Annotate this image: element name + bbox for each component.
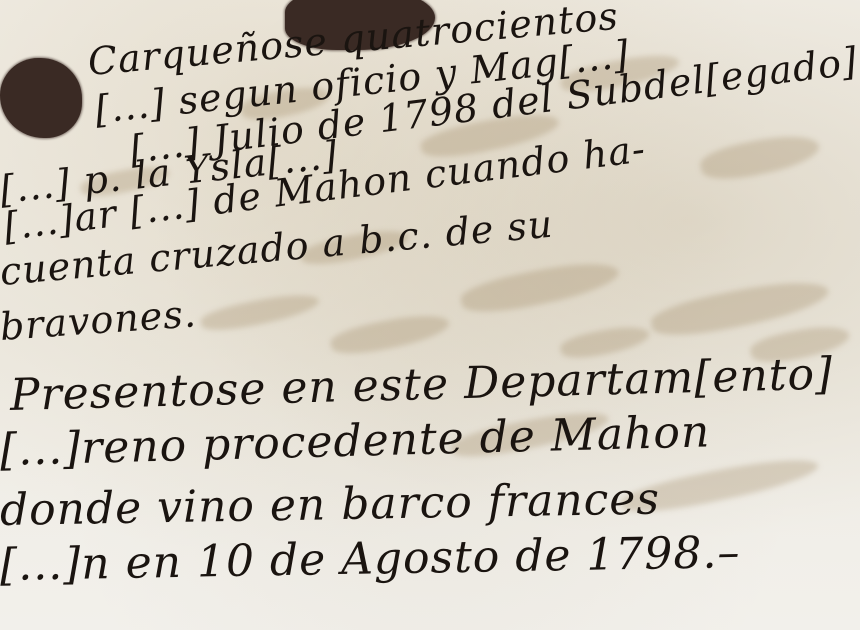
stain bbox=[199, 288, 321, 336]
manuscript-line: donde vino en barco frances bbox=[0, 473, 660, 536]
manuscript-page: Carqueñose quatrocientos [...] segun ofi… bbox=[0, 0, 860, 630]
stain bbox=[328, 308, 451, 360]
ink-blot bbox=[0, 58, 82, 138]
stain bbox=[698, 128, 822, 186]
manuscript-line: bravones. bbox=[0, 291, 198, 349]
stain bbox=[458, 254, 622, 321]
manuscript-line: [...]n en 10 de Agosto de 1798.– bbox=[0, 527, 741, 591]
manuscript-line: Presentose en este Departam[ento] bbox=[9, 348, 833, 421]
